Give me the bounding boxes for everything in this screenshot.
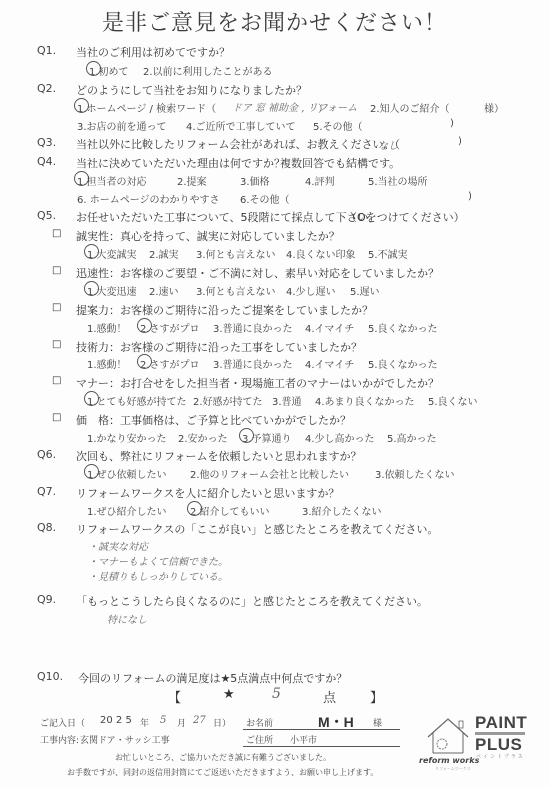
q2-option-5[interactable]: 5.その他（ xyxy=(313,118,363,133)
date-month[interactable]: 5 xyxy=(160,715,166,726)
q1-text: 当社のご利用は初めてですか？ xyxy=(76,44,230,60)
q10-score[interactable]: 5 xyxy=(272,686,281,702)
divider xyxy=(243,746,400,747)
q7-option-2[interactable]: 2.紹介してもいい xyxy=(190,503,270,518)
q10-number: Q10. xyxy=(37,670,63,683)
q5-4-option-5[interactable]: 5.良くない xyxy=(428,393,478,408)
q5-1-option-3[interactable]: 3.何とも言えない xyxy=(196,283,276,298)
q2-handwritten-keywords: ドア 窓 補助金 , リフォーム xyxy=(232,99,357,114)
q5-0-option-5[interactable]: 5.不誠実 xyxy=(368,246,408,261)
q4-option-2[interactable]: 2.提案 xyxy=(177,173,207,188)
q3-number: Q3. xyxy=(37,136,56,149)
plus-text: PLUS xyxy=(475,736,527,753)
return-request: お手数ですが、同封の返信用封筒にてご返送いただきますよう、お願い申し上げます。 xyxy=(67,767,378,778)
q6-option-1[interactable]: 1.ぜひ依頼したい xyxy=(87,466,167,481)
checkbox[interactable]: □ xyxy=(52,412,61,423)
q8-answer-1: ・誠実な対応 xyxy=(88,538,148,553)
reform-works-logo: reform works xyxy=(419,756,479,765)
q5-text: お任せいただいた工事について、5段階にて採点して下さい。 xyxy=(76,209,380,225)
thanks-message: お忙しいところ、ご協力いただき誠に有難うございました。 xyxy=(115,752,331,763)
q1-option-2[interactable]: 2.以前に利用したことがある xyxy=(143,63,273,78)
checkbox[interactable]: □ xyxy=(52,265,61,276)
q5-2-option-4[interactable]: 4.イマイチ xyxy=(305,320,354,335)
q5-3-option-1[interactable]: 1.感動！ xyxy=(87,356,127,371)
q5-5-option-1[interactable]: 1.かなり安かった xyxy=(87,430,167,445)
q8-answer-2: ・マナーもよくて信頼できた。 xyxy=(88,553,228,568)
q6-number: Q6. xyxy=(37,448,56,461)
year-unit: 年 xyxy=(140,716,149,729)
q2-option-3[interactable]: 3.お店の前を通って xyxy=(77,118,167,133)
q5-4-option-4[interactable]: 4.あまり良くなかった xyxy=(315,393,415,408)
page-title: 是非ご意見をお聞かせください！ xyxy=(0,6,549,37)
q10-text: 今回のリフォームの満足度は★5点満点中何点ですか？ xyxy=(78,670,347,686)
paren-close: ） xyxy=(318,100,328,115)
checkbox[interactable]: □ xyxy=(52,228,61,239)
q2-option-4[interactable]: 4.ご近所で工事していて xyxy=(186,118,296,133)
q5-3-option-2[interactable]: 2.さすがプロ xyxy=(140,356,200,371)
q7-option-1[interactable]: 1.ぜひ紹介したい xyxy=(87,503,167,518)
q4-option-other[interactable]: 6.その他（ xyxy=(240,191,290,206)
work-content: 玄関ドア・サッシ工事 xyxy=(80,733,170,746)
divider xyxy=(243,729,400,730)
star-icon: ★ xyxy=(223,687,235,702)
name-label: お名前 xyxy=(246,716,273,729)
reform-works-subtext: リフォームワークス xyxy=(435,766,471,772)
q8-text: リフォームワークスの「ここが良い」と感じたところを教えてください。 xyxy=(76,521,438,537)
q4-option-3[interactable]: 3.価格 xyxy=(240,173,270,188)
q8-number: Q8. xyxy=(37,521,56,534)
q10-unit: 点 xyxy=(323,687,336,706)
q4-text: 当社に決めていただいた理由は何ですか？ xyxy=(76,155,285,171)
q5-5-option-5[interactable]: 5.高かった xyxy=(387,430,437,445)
q6-option-3[interactable]: 3.依頼したくない xyxy=(375,466,455,481)
name-suffix: 様 xyxy=(373,716,382,729)
customer-address[interactable]: 小平市 xyxy=(290,733,317,746)
q3-text: 当社以外に比較したリフォーム会社があれば、お教えください。（ xyxy=(76,136,400,152)
q5-1-option-5[interactable]: 5.遅い xyxy=(350,283,380,298)
work-label: 工事内容: xyxy=(40,733,79,746)
date-day[interactable]: 27 xyxy=(193,715,206,726)
q5-0-option-3[interactable]: 3.何とも言えない xyxy=(196,246,276,261)
q5-3-option-3[interactable]: 3.普通に良かった xyxy=(213,356,293,371)
q9-text: 「もっとこうしたら良くなるのに」と感じたところを教えてください。 xyxy=(76,593,428,609)
q5-2-option-3[interactable]: 3.普通に良かった xyxy=(213,320,293,335)
q5-4-option-3[interactable]: 3.普通 xyxy=(272,393,302,408)
q5-item-sincerity: 誠実性：真心を持って、誠実に対応していましたか？ xyxy=(76,228,340,244)
q5-3-option-4[interactable]: 4.イマイチ xyxy=(305,356,354,371)
q5-item-price: 価 格：工事価格は、ご予算と比べていかがでしたか？ xyxy=(76,412,351,428)
q5-1-option-1[interactable]: 1.大変迅速 xyxy=(87,283,137,298)
q2-number: Q2. xyxy=(37,82,56,95)
q2-text: どのようにして当社をお知りになりましたか？ xyxy=(76,82,307,98)
q1-number: Q1. xyxy=(37,44,56,57)
checkbox[interactable]: □ xyxy=(52,339,61,350)
bracket-open: 【 xyxy=(168,687,181,706)
q5-item-skill: 技術力：お客様のご期待に沿った工事をしていましたか？ xyxy=(76,339,362,355)
day-unit: 日） xyxy=(213,716,231,729)
q4-option-4[interactable]: 4.評判 xyxy=(305,173,335,188)
address-label: ご住所 xyxy=(246,733,273,746)
month-unit: 月 xyxy=(177,716,186,729)
q4-number: Q4. xyxy=(37,155,56,168)
q9-number: Q9. xyxy=(37,593,56,606)
q5-5-option-2[interactable]: 2.安かった xyxy=(178,430,228,445)
paint-plus-subtext: ペイントプラス xyxy=(476,753,525,760)
q7-text: リフォームワークスを人に紹介したいと思いますか？ xyxy=(76,485,339,501)
q5-0-option-4[interactable]: 4.良くない印象 xyxy=(286,246,356,261)
q5-item-proposal: 提案力：お客様のご期待に沿ったご提案をしていましたか？ xyxy=(76,302,373,318)
q5-3-option-5[interactable]: 5.良くなかった xyxy=(368,356,438,371)
q5-5-option-4[interactable]: 4.少し高かった xyxy=(305,430,375,445)
checkbox[interactable]: □ xyxy=(52,375,61,386)
q2-option-1[interactable]: 1.ホームページ / 検索ワード（ xyxy=(77,100,216,115)
paren-close: ) xyxy=(450,118,454,129)
q6-text: 次回も、弊社にリフォームを依頼したいと思われますか？ xyxy=(76,448,361,464)
q3-answer[interactable]: なし xyxy=(378,137,398,152)
q9-answer: 特になし xyxy=(107,611,147,626)
q4-option-1[interactable]: 1.担当者の対応 xyxy=(77,173,147,188)
checkbox[interactable]: □ xyxy=(52,302,61,313)
date-year[interactable]: 20 2 5 xyxy=(100,715,132,726)
q6-option-2[interactable]: 2.他のリフォーム会社と比較したい xyxy=(190,466,349,481)
q5-note: （Oをつけてください） xyxy=(346,209,465,225)
q5-2-option-1[interactable]: 1.感動！ xyxy=(87,320,127,335)
q4-option-6[interactable]: 6. ホームページのわかりやすさ xyxy=(77,191,220,206)
q2-option-2[interactable]: 2.知人のご紹介（ xyxy=(370,100,450,115)
q8-answer-3: ・見積りもしっかりしている。 xyxy=(88,568,228,583)
paren-close: ) xyxy=(458,136,462,147)
paint-plus-logo: PAINT PLUS xyxy=(475,714,527,753)
q4-note: 複数回答でも結構です。 xyxy=(280,155,400,171)
q7-option-3[interactable]: 3.紹介したくない xyxy=(302,503,382,518)
q5-1-option-4[interactable]: 4.少し遅い xyxy=(286,283,336,298)
paren-close: ) xyxy=(468,191,472,202)
q5-2-option-2[interactable]: 2.さすがプロ xyxy=(140,320,200,335)
date-label: ご記入日（ xyxy=(40,716,85,729)
q5-0-option-2[interactable]: 2.誠実 xyxy=(149,246,179,261)
q5-item-speed: 迅速性：お客様のご要望・ご不満に対し、素早い対応をしていましたか？ xyxy=(76,265,439,281)
q5-2-option-5[interactable]: 5.良くなかった xyxy=(368,320,438,335)
paint-text: PAINT xyxy=(475,714,527,731)
q4-option-5[interactable]: 5.当社の場所 xyxy=(368,173,428,188)
q5-4-option-2[interactable]: 2.好感が持てた xyxy=(193,393,263,408)
bracket-close: 】 xyxy=(370,687,383,706)
q5-item-manners: マナー：お打合せをした担当者・現場施工者のマナーはいかがでしたか？ xyxy=(76,375,439,391)
q5-4-option-1[interactable]: 1.とても好感が持てた xyxy=(87,393,187,408)
q5-0-option-1[interactable]: 1.大変誠実 xyxy=(87,246,137,261)
q5-5-option-3[interactable]: 3.予算通り xyxy=(242,430,292,445)
q5-1-option-2[interactable]: 2.速い xyxy=(149,283,179,298)
q7-number: Q7. xyxy=(37,485,56,498)
q5-number: Q5. xyxy=(37,209,56,222)
paren-close: 様） xyxy=(484,100,504,115)
q1-option-1[interactable]: 1.初めて xyxy=(89,63,129,78)
